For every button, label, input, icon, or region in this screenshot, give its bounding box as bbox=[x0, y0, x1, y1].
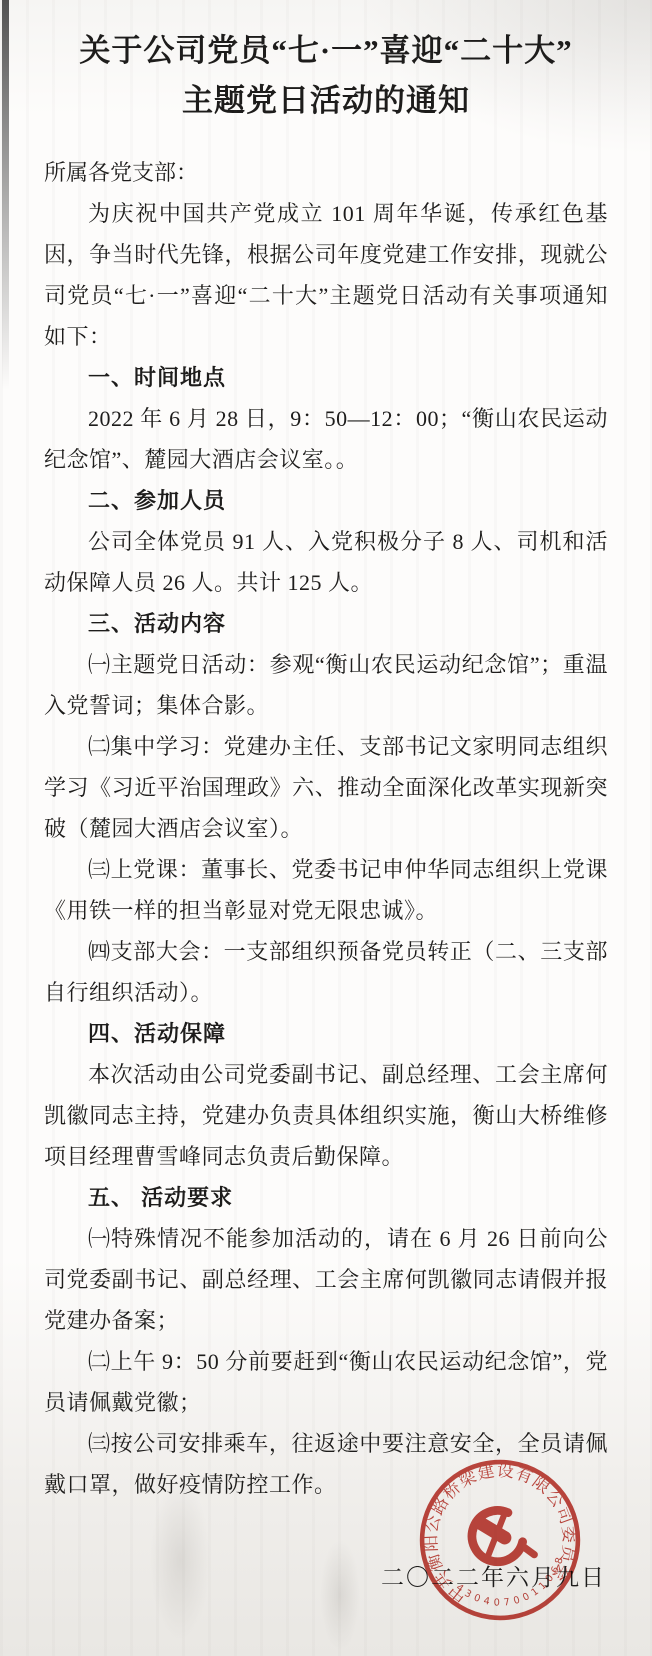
paragraph: ㈡上午 9：50 分前要赶到“衡山农民运动纪念馆”，党员请佩戴党徽； bbox=[44, 1341, 608, 1423]
paragraph: 2022 年 6 月 28 日，9：50—12：00；“衡山农民运动纪念馆”、麓… bbox=[44, 398, 608, 480]
notice-title: 关于公司党员“七·一”喜迎“二十大” 主题党日活动的通知 bbox=[44, 26, 608, 126]
paragraph: 五、 活动要求 bbox=[44, 1177, 608, 1218]
paragraph: ㈠特殊情况不能参加活动的，请在 6 月 26 日前向公司党委副书记、副总经理、工… bbox=[44, 1218, 608, 1341]
notice-title-line1: 关于公司党员“七·一”喜迎“二十大” bbox=[44, 26, 608, 76]
notice-title-line2: 主题党日活动的通知 bbox=[44, 76, 608, 126]
hammer-sickle-icon bbox=[467, 1504, 535, 1569]
paragraph: 二、参加人员 bbox=[44, 480, 608, 521]
paragraph: ㈣支部大会：一支部组织预备党员转正（二、三支部自行组织活动）。 bbox=[44, 931, 608, 1013]
scanned-notice-page: 关于公司党员“七·一”喜迎“二十大” 主题党日活动的通知 所属各党支部： 为庆祝… bbox=[0, 0, 652, 1656]
paragraph: 为庆祝中国共产党成立 101 周年华诞，传承红色基因，争当时代先锋，根据公司年度… bbox=[44, 193, 608, 357]
paragraph: 三、活动内容 bbox=[44, 603, 608, 644]
paragraph: 四、活动保障 bbox=[44, 1013, 608, 1054]
salutation: 所属各党支部： bbox=[44, 152, 608, 193]
scan-edge-artifact bbox=[2, 0, 9, 390]
paragraph: 本次活动由公司党委副书记、副总经理、工会主席何凯徽同志主持，党建办负责具体组织实… bbox=[44, 1054, 608, 1177]
paragraph: 公司全体党员 91 人、入党积极分子 8 人、司机和活动保障人员 26 人。共计… bbox=[44, 521, 608, 603]
paragraph: 一、时间地点 bbox=[44, 357, 608, 398]
document-body: 为庆祝中国共产党成立 101 周年华诞，传承红色基因，争当时代先锋，根据公司年度… bbox=[44, 193, 608, 1505]
paragraph: ㈠主题党日活动：参观“衡山农民运动纪念馆”；重温入党誓词；集体合影。 bbox=[44, 644, 608, 726]
paragraph: ㈡集中学习：党建办主任、支部书记文家明同志组织学习《习近平治国理政》六、推动全面… bbox=[44, 726, 608, 849]
paragraph: ㈢上党课：董事长、党委书记申仲华同志组织上党课《用铁一样的担当彰显对党无限忠诚》… bbox=[44, 849, 608, 931]
